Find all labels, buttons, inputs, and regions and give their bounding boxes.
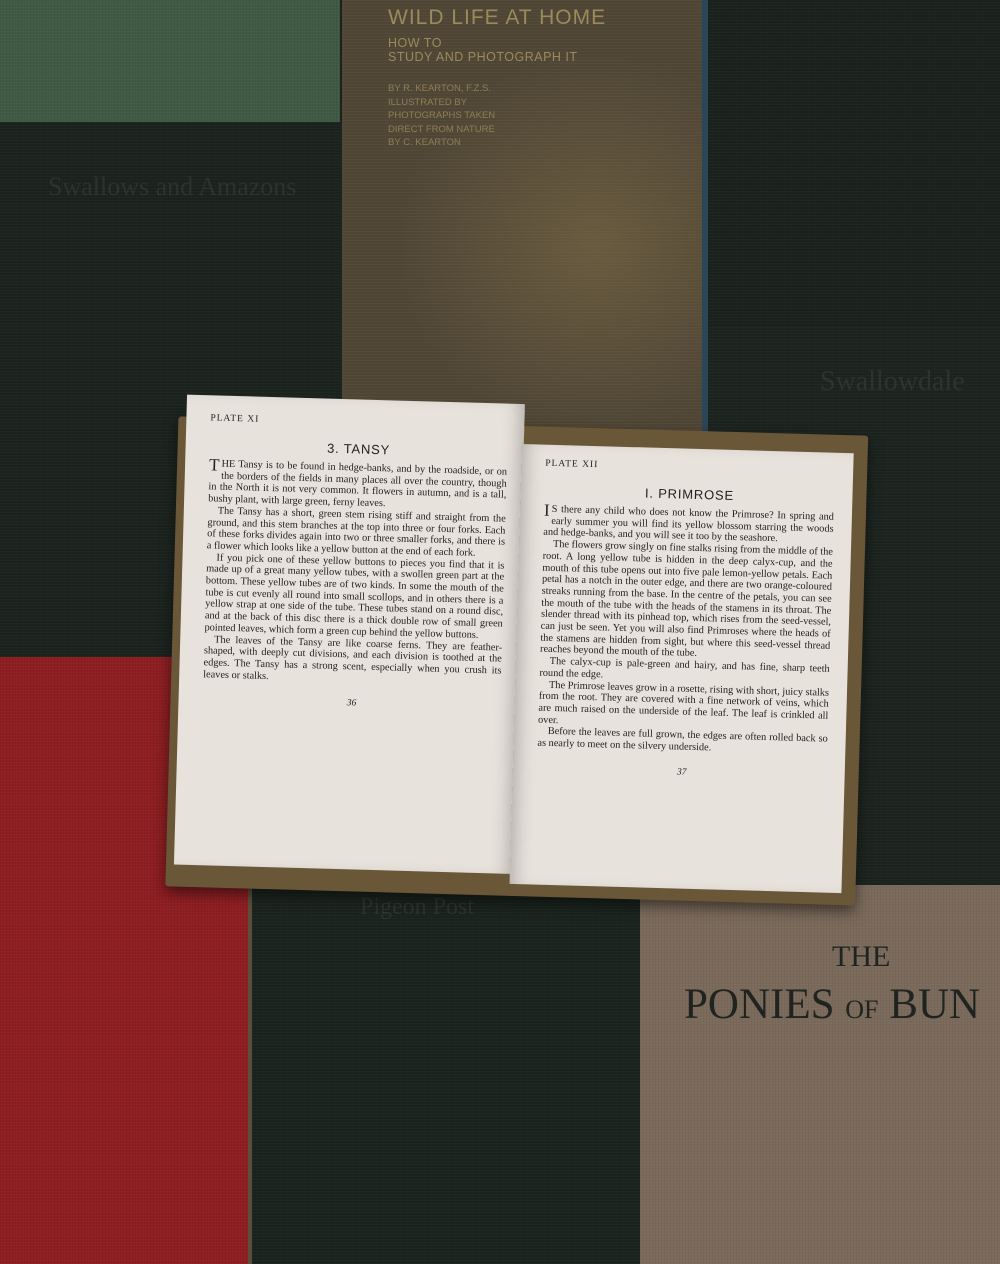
paragraph: The leaves of the Tansy are like coarse … bbox=[203, 634, 502, 689]
credit-line: BY C. KEARTON bbox=[388, 136, 495, 150]
credit-line: BY R. KEARTON, F.Z.S. bbox=[388, 82, 495, 96]
credit-line: DIRECT FROM NATURE bbox=[388, 123, 495, 137]
paragraph-text: S there any child who does not know the … bbox=[543, 504, 834, 545]
embossed-title: Swallowdale bbox=[820, 366, 965, 398]
ponies-book-cover bbox=[640, 885, 1000, 1264]
paragraph: The Primrose leaves grow in a rosette, r… bbox=[538, 679, 829, 734]
drop-cap: I bbox=[544, 506, 550, 516]
wildlife-subtitle: HOW TO STUDY AND PHOTOGRAPH IT bbox=[388, 36, 578, 64]
open-book: PLATE XI 3. TANSY THE Tansy is to be fou… bbox=[169, 395, 867, 910]
ponies-title: PONIES OF BUN bbox=[684, 980, 980, 1029]
embossed-title: Swallows and Amazons bbox=[48, 172, 296, 202]
ponies-title-the: THE bbox=[832, 940, 890, 974]
chapter-title: 3. TANSY bbox=[209, 437, 507, 460]
green-book-cover bbox=[0, 0, 340, 125]
plate-label: PLATE XI bbox=[210, 413, 508, 431]
dark-green-book-cover bbox=[702, 0, 1000, 330]
credit-line: ILLUSTRATED BY bbox=[388, 96, 495, 110]
wildlife-subtitle-line: STUDY AND PHOTOGRAPH IT bbox=[388, 50, 578, 64]
drop-cap: T bbox=[209, 460, 220, 470]
page-number: 37 bbox=[537, 763, 827, 781]
right-page: PLATE XII I. PRIMROSE IS there any child… bbox=[510, 444, 854, 893]
paragraph: The Tansy has a short, green stem rising… bbox=[207, 505, 506, 560]
credit-line: PHOTOGRAPHS TAKEN bbox=[388, 109, 495, 123]
chapter-title: I. PRIMROSE bbox=[544, 483, 834, 506]
wildlife-credits: BY R. KEARTON, F.Z.S. ILLUSTRATED BY PHO… bbox=[388, 82, 495, 150]
wildlife-title: WILD LIFE AT HOME bbox=[388, 6, 606, 30]
paragraph: THE Tansy is to be found in hedge-banks,… bbox=[208, 458, 507, 513]
pigeon-post-cover: Pigeon Post bbox=[248, 880, 643, 1264]
wildlife-subtitle-line: HOW TO bbox=[388, 36, 578, 50]
paragraph: The flowers grow singly on fine stalks r… bbox=[540, 539, 833, 664]
left-page: PLATE XI 3. TANSY THE Tansy is to be fou… bbox=[174, 395, 525, 874]
paragraph-text: HE Tansy is to be found in hedge-banks, … bbox=[208, 459, 507, 510]
wild-life-at-home-cover bbox=[342, 0, 704, 445]
ponies-title-of: OF bbox=[845, 995, 878, 1024]
plate-label: PLATE XII bbox=[545, 459, 835, 477]
page-number: 36 bbox=[202, 695, 500, 713]
ponies-title-word: PONIES bbox=[684, 981, 835, 1028]
paragraph: If you pick one of these yellow buttons … bbox=[204, 552, 504, 642]
ponies-title-end: BUN bbox=[889, 981, 980, 1028]
